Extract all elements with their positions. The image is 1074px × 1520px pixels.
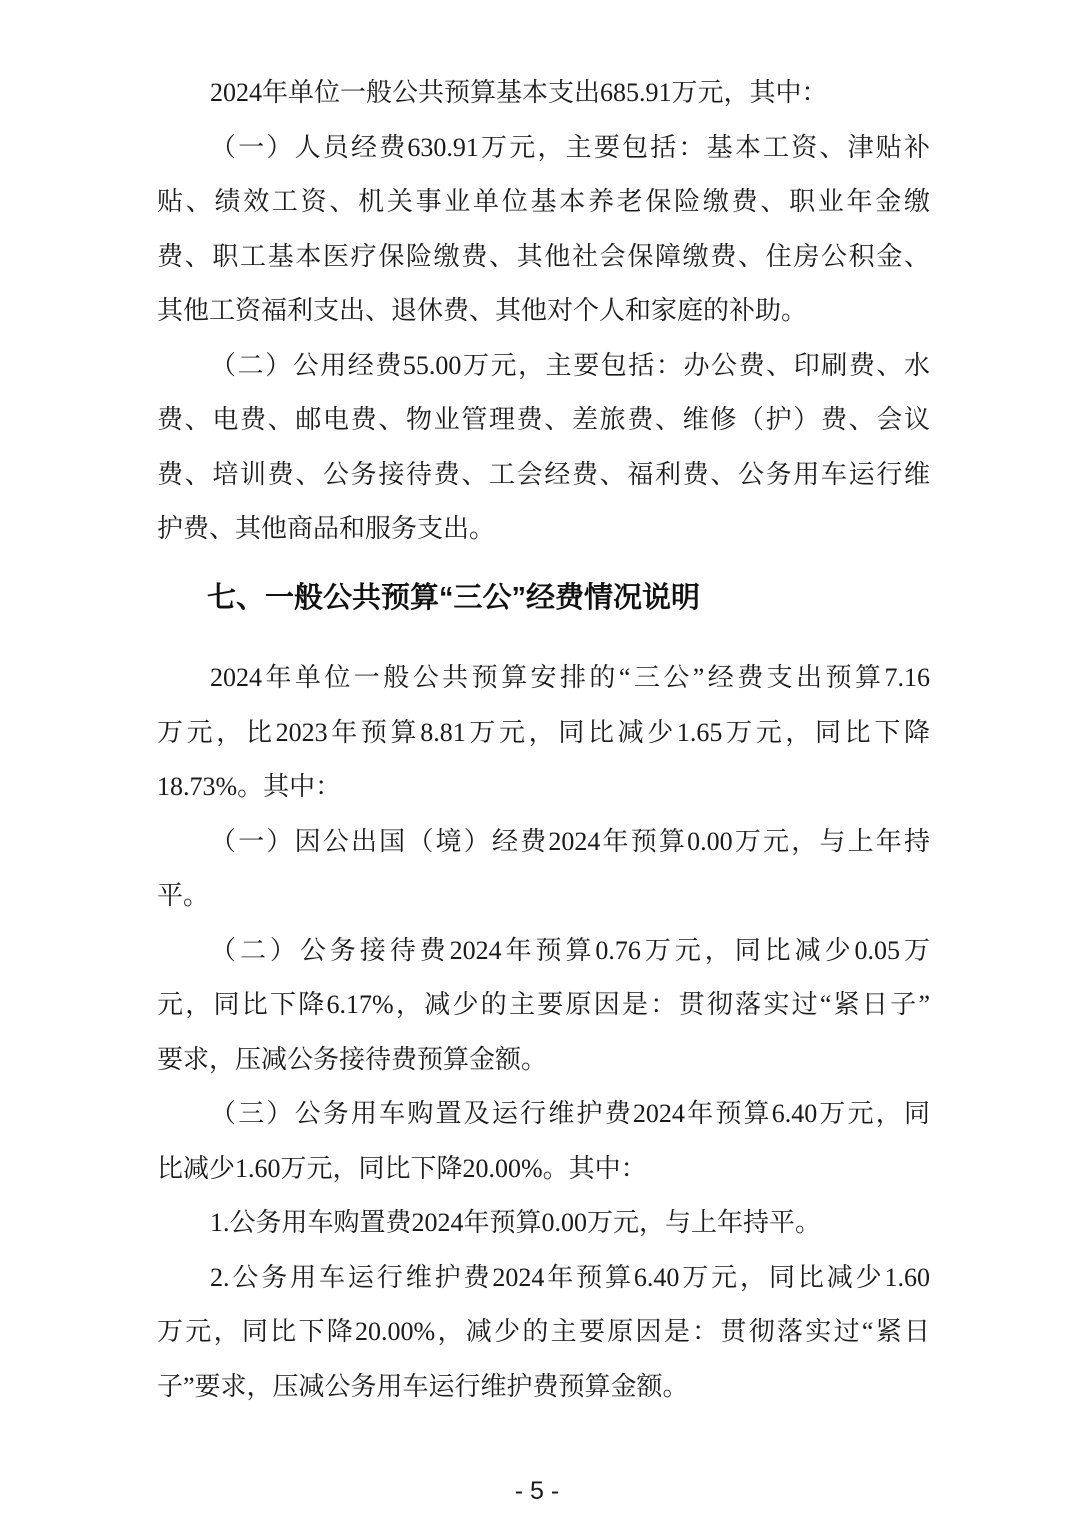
para-public-funds-line-4: 护费、其他商品和服务支出。 (157, 502, 930, 557)
para-vehicle-maintenance-line-1: 2.公务用车运行维护费2024年预算6.40万元，同比减少1.60 (157, 1251, 930, 1306)
para-personnel-funds-line-1: （一）人员经费630.91万元，主要包括：基本工资、津贴补 (157, 121, 930, 176)
document-body: 2024年单位一般公共预算基本支出685.91万元，其中： （一）人员经费630… (157, 66, 930, 1414)
para-official-reception-line-3: 要求，压减公务接待费预算金额。 (157, 1033, 930, 1088)
para-personnel-funds-line-3: 费、职工基本医疗保险缴费、其他社会保障缴费、住房公积金、 (157, 230, 930, 285)
para-public-funds-line-3: 费、培训费、公务接待费、工会经费、福利费、公务用车运行维 (157, 448, 930, 503)
para-three-public-overview-line-3: 18.73%。其中： (157, 760, 930, 815)
para-vehicle-total-line-2: 比减少1.60万元，同比下降20.00%。其中： (157, 1142, 930, 1197)
para-abroad-funds-line-1: （一）因公出国（境）经费2024年预算0.00万元，与上年持 (157, 815, 930, 870)
para-official-reception-line-2: 元，同比下降6.17%，减少的主要原因是：贯彻落实过“紧日子” (157, 978, 930, 1033)
para-personnel-funds-line-2: 贴、绩效工资、机关事业单位基本养老保险缴费、职业年金缴 (157, 175, 930, 230)
para-vehicle-purchase-line: 1.公务用车购置费2024年预算0.00万元，与上年持平。 (157, 1196, 930, 1251)
para-three-public-overview-line-2: 万元，比2023年预算8.81万元，同比减少1.65万元，同比下降 (157, 706, 930, 761)
para-personnel-funds-line-4: 其他工资福利支出、退休费、其他对个人和家庭的补助。 (157, 284, 930, 339)
para-basic-expenditure-line: 2024年单位一般公共预算基本支出685.91万元，其中： (157, 66, 930, 121)
para-official-reception-line-1: （二）公务接待费2024年预算0.76万元，同比减少0.05万 (157, 924, 930, 979)
para-vehicle-maintenance-line-3: 子”要求，压减公务用车运行维护费预算金额。 (157, 1360, 930, 1415)
document-page: 2024年单位一般公共预算基本支出685.91万元，其中： （一）人员经费630… (0, 0, 1074, 1520)
para-abroad-funds-line-2: 平。 (157, 869, 930, 924)
para-vehicle-total-line-1: （三）公务用车购置及运行维护费2024年预算6.40万元，同 (157, 1087, 930, 1142)
para-vehicle-maintenance-line-2: 万元，同比下降20.00%，减少的主要原因是：贯彻落实过“紧日 (157, 1305, 930, 1360)
para-public-funds-line-1: （二）公用经费55.00万元，主要包括：办公费、印刷费、水 (157, 339, 930, 394)
section-heading-three-public-funds: 七、一般公共预算“三公”经费情况说明 (157, 571, 930, 626)
para-public-funds-line-2: 费、电费、邮电费、物业管理费、差旅费、维修（护）费、会议 (157, 393, 930, 448)
page-number: - 5 - (0, 1464, 1074, 1518)
para-three-public-overview-line-1: 2024年单位一般公共预算安排的“三公”经费支出预算7.16 (157, 651, 930, 706)
